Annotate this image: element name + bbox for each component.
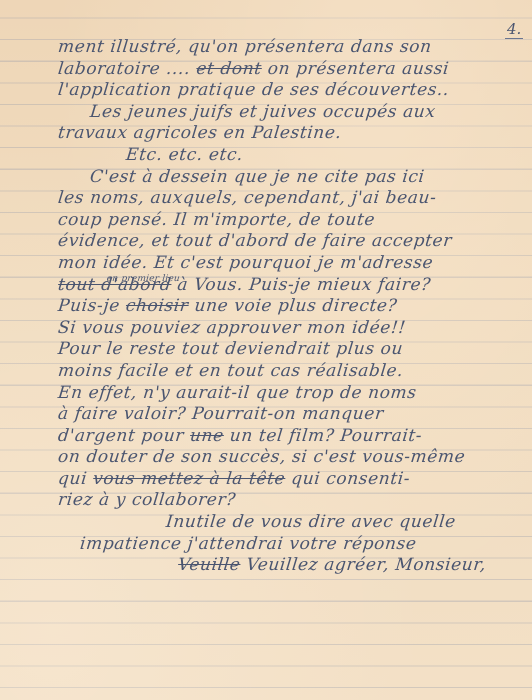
text-line: En effet, n'y aurait-il que trop de noms [57,383,531,405]
text-line: Inutile de vous dire avec quelle [57,512,531,534]
text-span: une voie plus directe? [188,296,399,316]
text-line: d'argent pour une un tel film? Pourrait- [57,426,531,448]
letter-page: 4. ment illustré, qu'on présentera dans … [0,0,532,700]
closing-line: Veuille Veuillez agréer, Monsieur, [57,555,531,577]
text-line: impatience j'attendrai votre réponse [57,534,531,556]
text-line: les noms, auxquels, cependant, j'ai beau… [57,188,531,210]
struck-text: et dont [195,59,263,79]
struck-text: vous mettez à la tête [92,469,286,489]
text-line: coup pensé. Il m'importe, de toute [57,210,531,232]
text-line: qui vous mettez à la tête qui consenti- [57,469,531,491]
text-span: d'argent pour [57,426,191,446]
text-line: l'application pratique de ses découverte… [57,80,531,102]
text-span: qui [57,469,94,489]
struck-text: choisir [125,296,190,316]
text-line: riez à y collaborer? [57,490,531,512]
text-span: Puis-je [57,296,127,316]
letter-body: ment illustré, qu'on présentera dans son… [58,37,530,577]
text-line: Puis-je choisir une voie plus directe? [57,296,531,318]
struck-text: Veuille [177,555,241,575]
text-line: laboratoire .... et dont on présentera a… [57,59,531,81]
text-span: un tel film? Pourrait- [223,426,423,446]
text-line: moins facile et en tout cas réalisable. [57,361,531,383]
text-line: ment illustré, qu'on présentera dans son [57,37,531,59]
text-line: on douter de son succès, si c'est vous-m… [57,447,531,469]
struck-text: une [189,426,225,446]
text-span: qui consenti- [284,469,411,489]
text-span: on présentera aussi [261,59,450,79]
text-line: Pour le reste tout deviendrait plus ou [57,339,531,361]
text-line: Etc. etc. etc. [57,145,531,167]
text-line: Les jeunes juifs et juives occupés aux [57,102,531,124]
text-span: Veuillez agréer, Monsieur, [239,555,487,575]
text-line: Si vous pouviez approuver mon idée!! [57,318,531,340]
text-span: à Vous. Puis-je mieux faire? [170,275,432,295]
text-line: travaux agricoles en Palestine. [57,123,531,145]
text-span: laboratoire .... [57,59,197,79]
text-line: à faire valoir? Pourrait-on manquer [57,404,531,426]
text-line: évidence, et tout d'abord de faire accep… [57,231,531,253]
text-line: C'est à dessein que je ne cite pas ici [57,167,531,189]
text-line: en premier lieutout d'abord à Vous. Puis… [57,275,531,297]
interlinear-insertion: en premier lieu [105,269,180,291]
